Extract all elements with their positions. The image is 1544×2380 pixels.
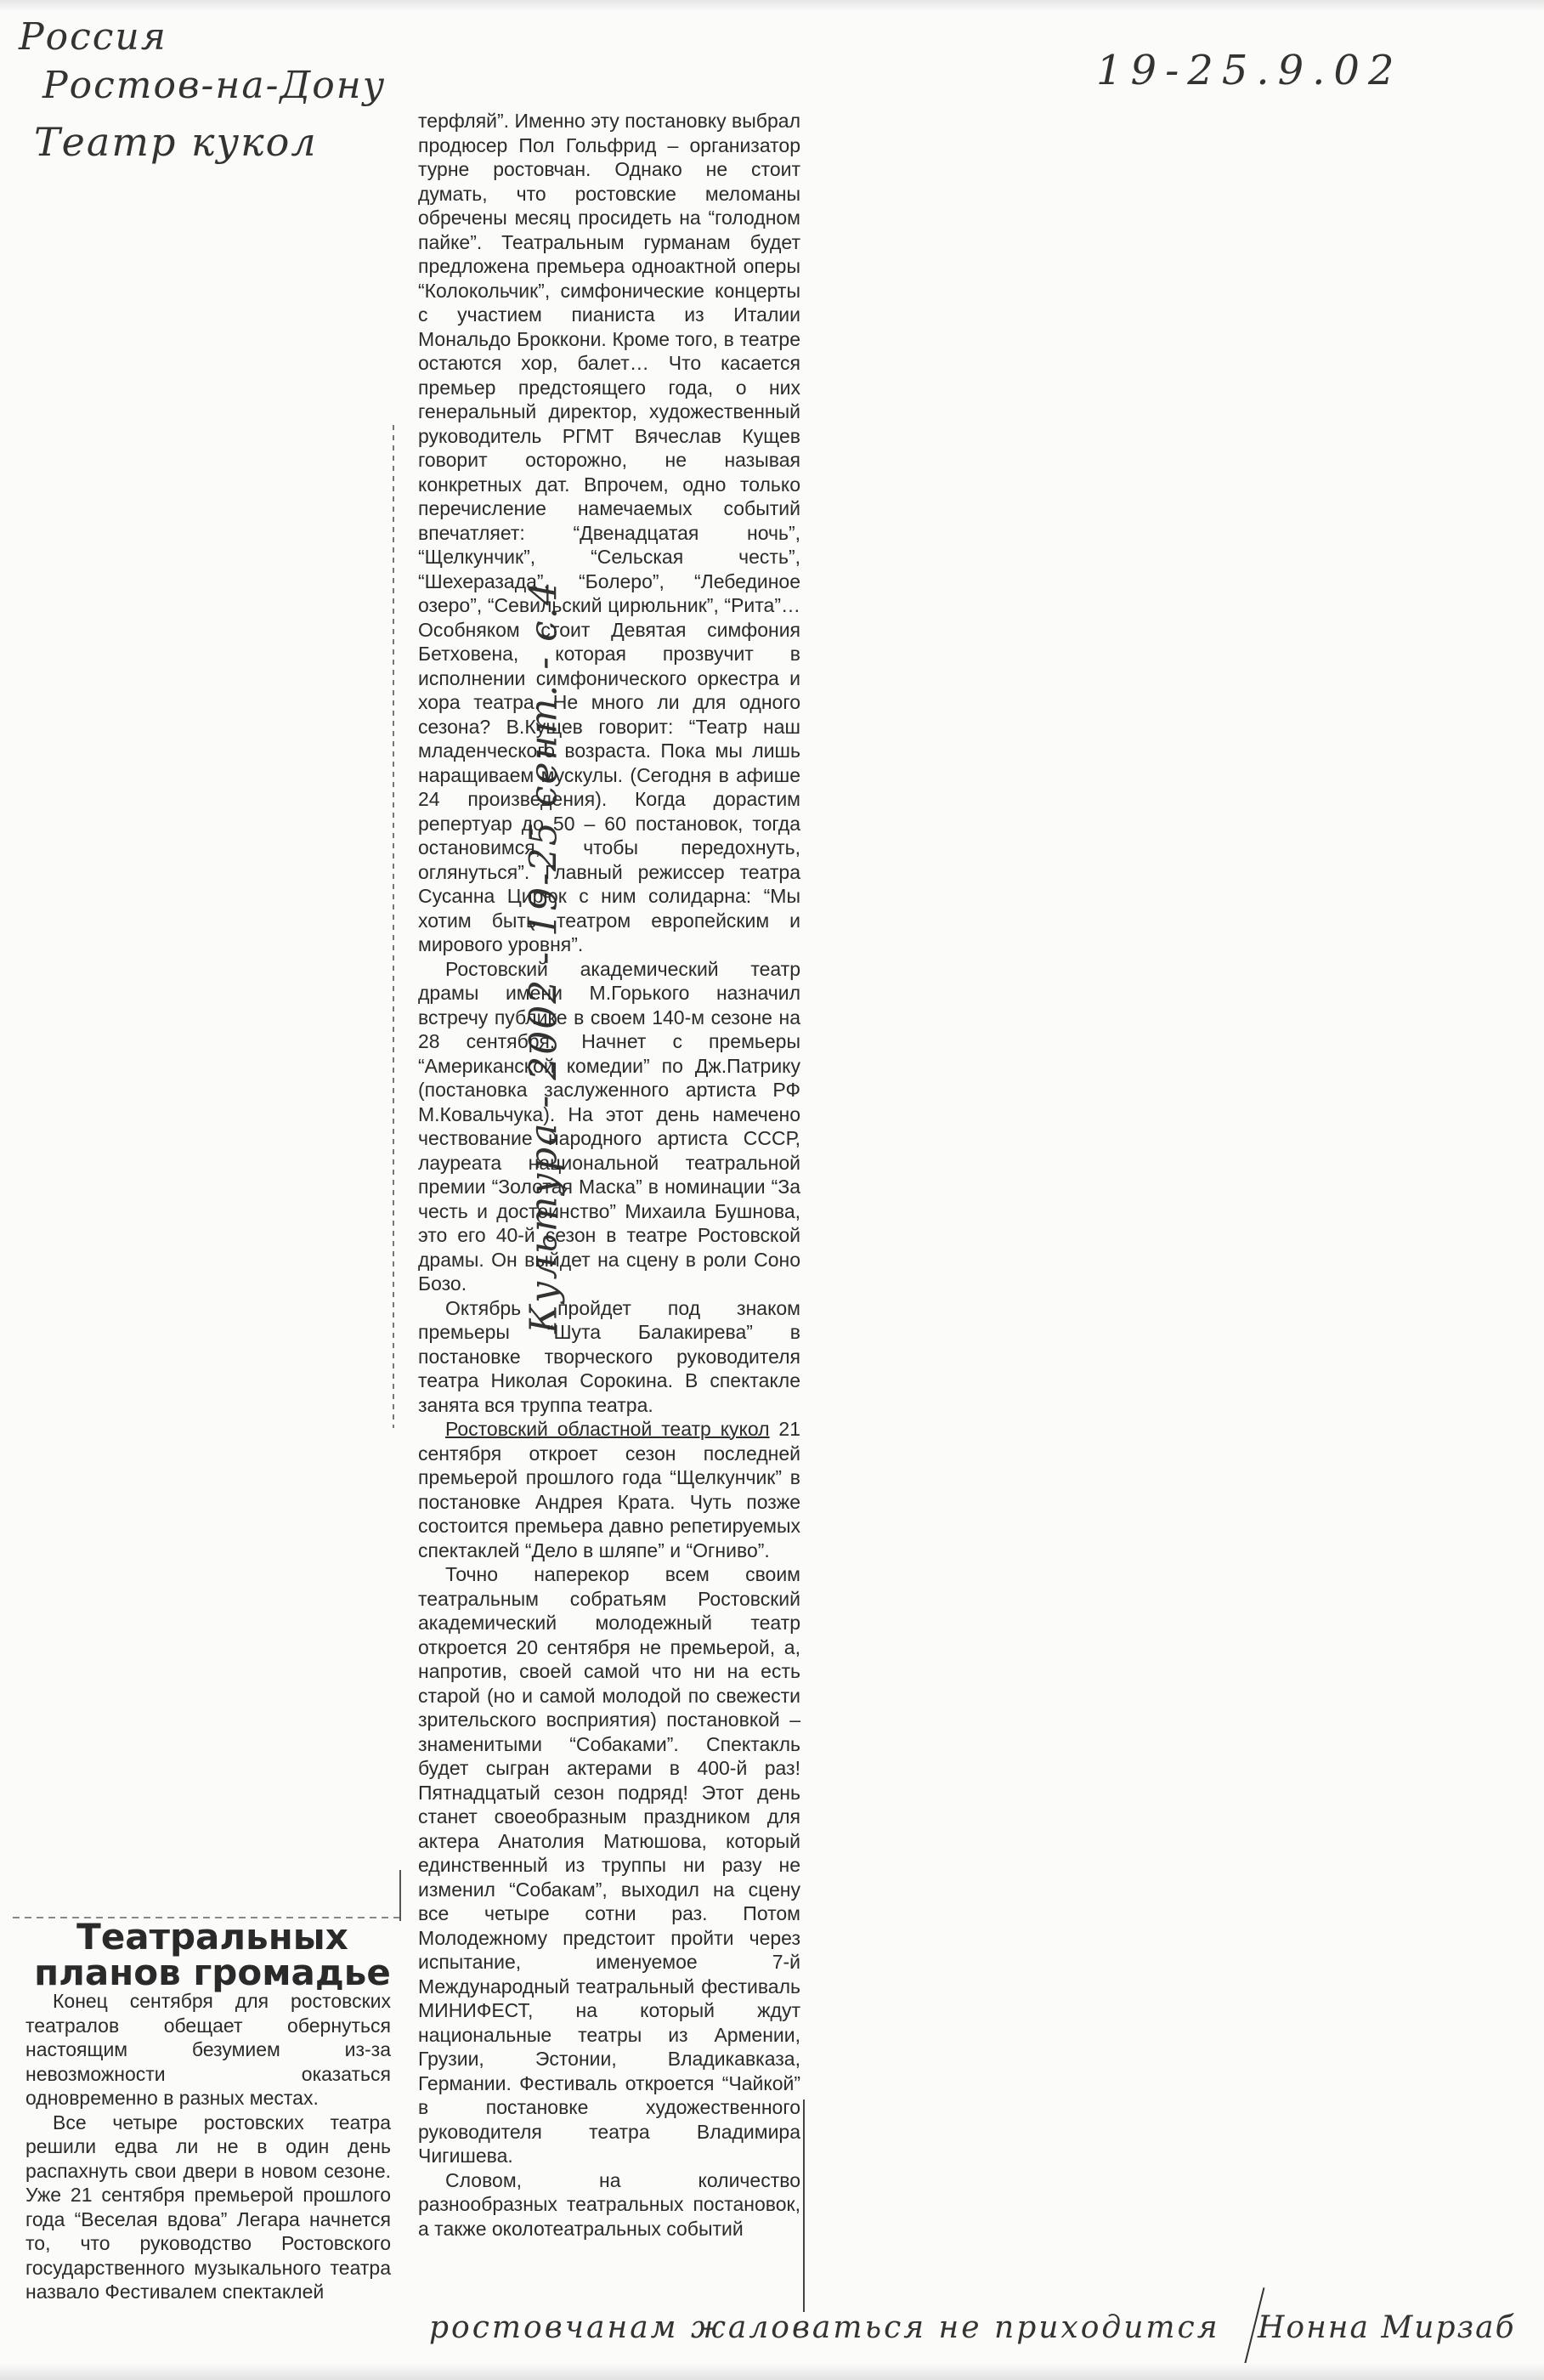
handwritten-bottom-line: ростовчанам жаловаться не приходится: [429, 2310, 1220, 2345]
handwritten-date: 19-25.9.02: [1096, 47, 1403, 94]
article-headline: Театральных планов громадье: [34, 1919, 391, 1991]
article-main-column: терфляй”. Именно эту постановку выбрал п…: [418, 109, 800, 2241]
paragraph: Словом, на количество разнообразных теат…: [418, 2168, 800, 2241]
column-rule-right: [803, 2099, 805, 2312]
handwritten-author: Нонна Мирзаб: [1258, 2310, 1516, 2345]
source-margin-rule: [393, 425, 394, 1428]
paragraph: терфляй”. Именно эту постановку выбрал п…: [418, 109, 800, 957]
paragraph: Точно наперекор всем своим театральным с…: [418, 1562, 800, 2168]
paragraph: Конец сентября для ростовских театралов …: [25, 1989, 391, 2111]
headline-line-2: планов громадье: [34, 1955, 391, 1991]
paragraph: Все четыре ростовских театра решили едва…: [25, 2111, 391, 2304]
underlined-theatre-name: Ростовский областной театр кукол: [445, 1418, 770, 1440]
scan-edge-bottom: [0, 2363, 1544, 2380]
paragraph: Ростовский академический театр драмы име…: [418, 957, 800, 1296]
article-left-column: Конец сентября для ростовских театралов …: [25, 1989, 391, 2304]
handwritten-country: Россия: [19, 15, 167, 59]
column-rule: [399, 1870, 401, 1921]
paragraph: Октябрь пройдет под знаком премьеры “Шут…: [418, 1296, 800, 1418]
paragraph-puppet-theatre: Ростовский областной театр кукол 21 сент…: [418, 1417, 800, 1562]
scan-edge-top: [0, 0, 1544, 12]
handwritten-city: Ростов-на-Дону: [42, 64, 386, 107]
handwritten-theatre: Театр кукол: [34, 119, 318, 165]
headline-line-1: Театральных: [34, 1919, 391, 1955]
